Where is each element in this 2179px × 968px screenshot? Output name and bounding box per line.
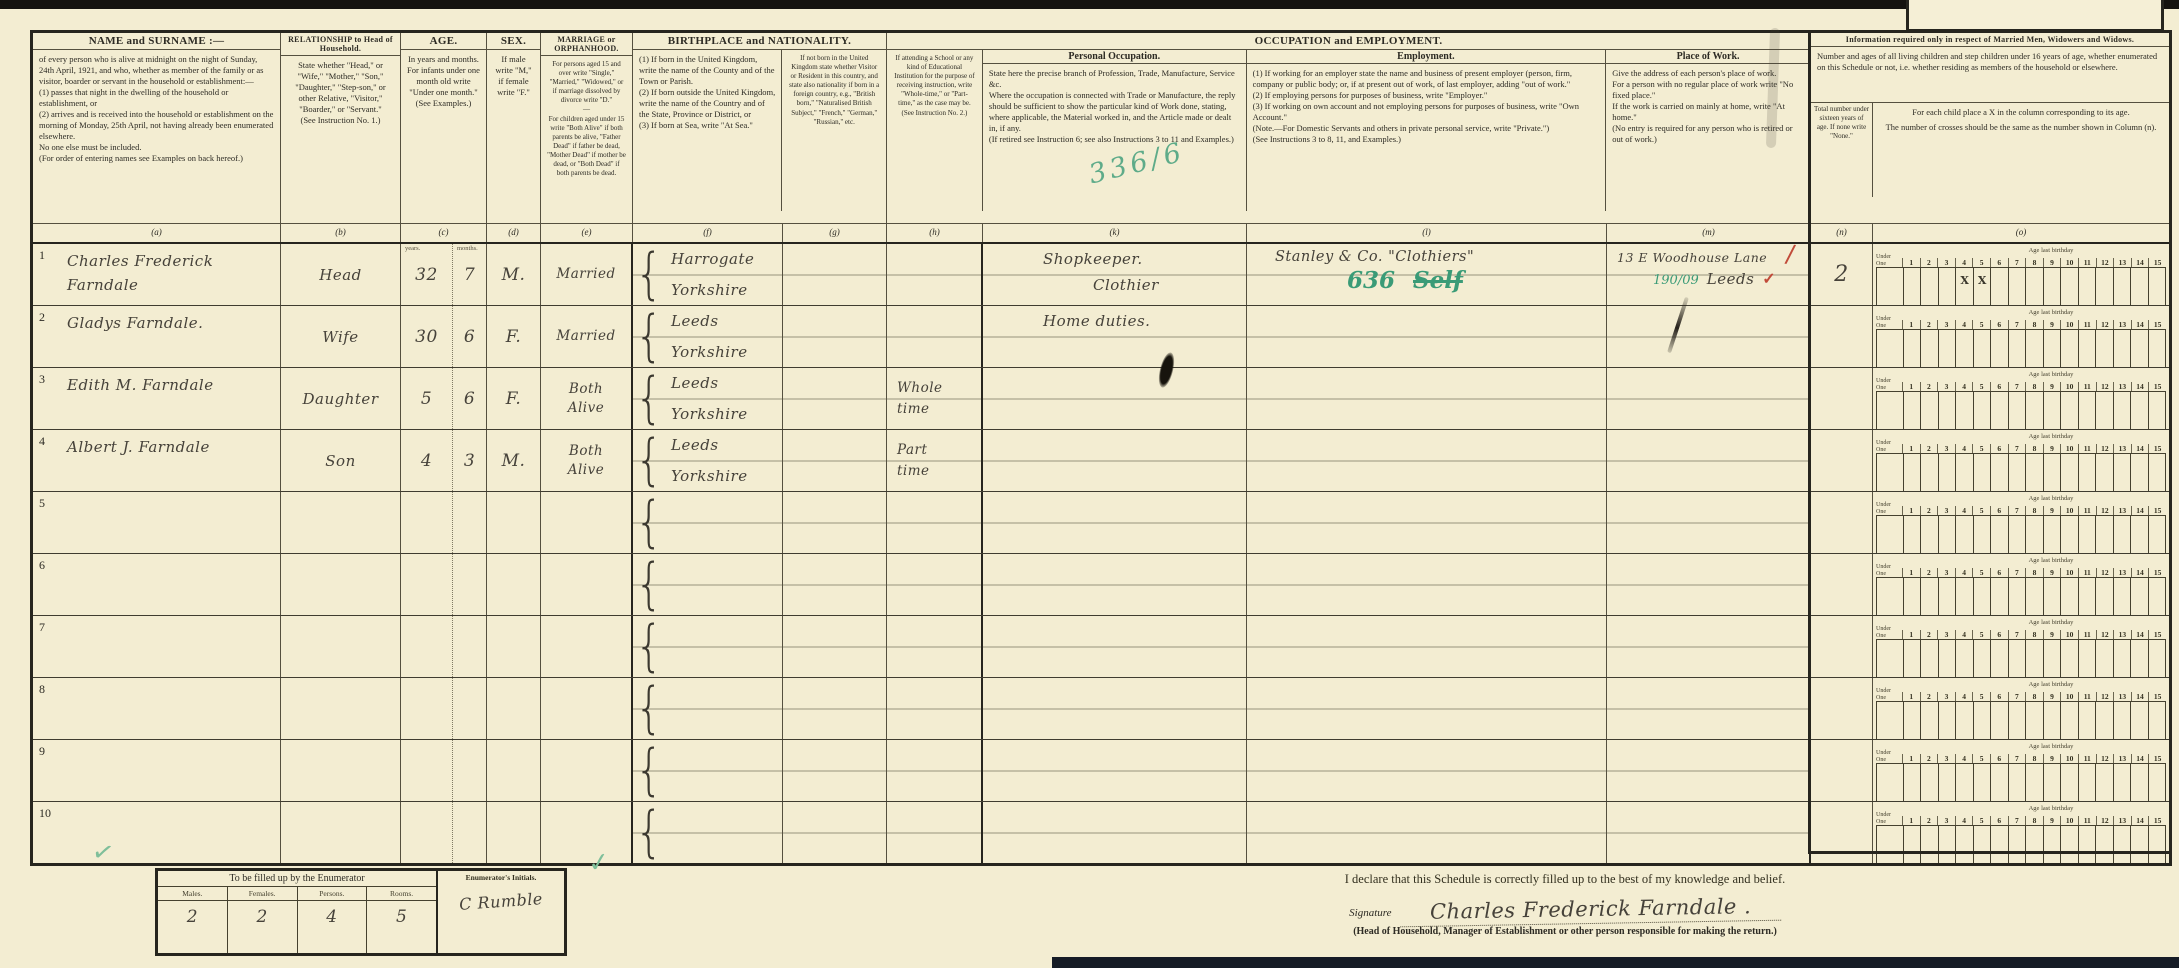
page-bottom-band [1052, 957, 2179, 968]
row-number: 7 [33, 616, 59, 677]
marriage-cell [541, 554, 633, 615]
birthplace-cell: { Harrogate Yorkshire [633, 244, 783, 305]
employment-cell [1247, 430, 1607, 491]
table-row: 4 Albert J. Farndale Son 4 3 M. Both Ali… [33, 430, 2169, 492]
sex-value: M. [502, 451, 526, 471]
row-number: 9 [33, 740, 59, 801]
education-desc: If attending a School or any kind of Edu… [887, 50, 983, 211]
marriage-cell [541, 616, 633, 677]
column-letter: (b) [281, 224, 401, 242]
name-cell: Edith M. Farndale [59, 368, 281, 429]
sex-title: SEX. [487, 33, 540, 50]
relationship-cell [281, 678, 401, 739]
col-birthplace-header: BIRTHPLACE and NATIONALITY. (1) If born … [633, 33, 887, 223]
relationship-cell: Wife [281, 306, 401, 367]
birthplace-uk-desc: (1) If born in the United Kingdom, write… [633, 50, 782, 211]
birthplace-cell: { Leeds Yorkshire [633, 430, 783, 491]
column-letter: (k) [983, 224, 1247, 242]
place-of-work-header: Place of Work. Give the address of each … [1606, 50, 1810, 211]
birthplace-cell: { [633, 740, 783, 801]
enumerator-col-males: Males. [158, 887, 228, 900]
age-grid-cell: Age last birthdayUnder One12345678910111… [1873, 306, 2169, 367]
age-years-cell: years.32 [401, 244, 453, 305]
col-age-header: AGE. In years and months. For infants un… [401, 33, 487, 223]
age-months-cell [453, 492, 487, 553]
education-value: Whole time [897, 378, 943, 419]
employment-cell [1247, 306, 1607, 367]
marriage-value: Married [556, 327, 615, 346]
nationality-cell [783, 244, 887, 305]
name-cell [59, 492, 281, 553]
nationality-cell [783, 306, 887, 367]
marriage-cell: Both Alive [541, 430, 633, 491]
age-grid: Age last birthdayUnder One12345678910111… [1873, 678, 2169, 739]
enumerator-headers: Males. Females. Persons. Rooms. [158, 887, 436, 901]
work-red-check: ✓ [1762, 269, 1775, 289]
green-check-right: ✓ [586, 847, 612, 880]
row-number: 5 [33, 492, 59, 553]
employment-value: Stanley & Co. "Clothiers" [1247, 244, 1606, 265]
nationality-cell [783, 740, 887, 801]
age-years-cell: 30 [401, 306, 453, 367]
birthplace-line2: Yorkshire [671, 467, 748, 485]
occupation-cell [983, 616, 1247, 677]
education-cell [887, 244, 983, 305]
occupation-line2 [983, 330, 1246, 338]
age-years-value: 32 [415, 265, 438, 285]
occupation-line2 [983, 622, 1246, 630]
employment-cell [1247, 616, 1607, 677]
column-letter: (n) [1811, 224, 1873, 242]
relationship-desc: State whether "Head," or "Wife," "Mother… [281, 56, 400, 130]
name-value: Charles Frederick Farndale [59, 244, 280, 297]
age-years-cell [401, 554, 453, 615]
birthplace-line1: Leeds [671, 312, 748, 330]
occupation-cell: Home duties. [983, 306, 1247, 367]
enumerator-initials-value: C Rumble [437, 888, 564, 916]
birthplace-cell: { [633, 492, 783, 553]
col-children-header: Information required only in respect of … [1811, 33, 2169, 223]
total-children-cell [1811, 740, 1873, 801]
education-cell [887, 492, 983, 553]
place-of-work-cell [1607, 306, 1811, 367]
occupation-line2 [983, 498, 1246, 506]
birthplace-cell: { [633, 554, 783, 615]
total-children-cell [1811, 430, 1873, 491]
employment-cell [1247, 802, 1607, 863]
place-of-work-cell [1607, 616, 1811, 677]
col-occupation-employment-header: OCCUPATION and EMPLOYMENT. If attending … [887, 33, 1811, 223]
column-letter: (g) [783, 224, 887, 242]
age-years-value: 4 [421, 451, 432, 471]
age-years-value: 5 [421, 389, 432, 409]
col-sex-header: SEX. If male write "M," if female write … [487, 33, 541, 223]
children-title: Information required only in respect of … [1811, 33, 2169, 47]
relationship-cell: Head [281, 244, 401, 305]
reference-box [1906, 0, 2164, 32]
total-children-cell: 2 [1811, 244, 1873, 305]
occupation-line2: Clothier [983, 268, 1246, 294]
table-row: 7 { [33, 616, 2169, 678]
place-of-work-cell [1607, 740, 1811, 801]
relationship-title: RELATIONSHIP to Head of Household. [281, 33, 400, 56]
declaration-text: I declare that this Schedule is correctl… [1150, 872, 1980, 887]
place-of-work-cell [1607, 678, 1811, 739]
sex-cell [487, 678, 541, 739]
personal-occupation-header: Personal Occupation. State here the prec… [983, 50, 1247, 211]
birthplace-line2: Yorkshire [671, 281, 754, 299]
age-years-cell: 5 [401, 368, 453, 429]
birthplace-cell: { Leeds Yorkshire [633, 368, 783, 429]
age-years-cell [401, 492, 453, 553]
age-grid-cell: Age last birthdayUnder One12345678910111… [1873, 802, 2169, 863]
age-months-cell [453, 616, 487, 677]
work-green-number: 190/09 [1653, 273, 1699, 288]
education-cell [887, 306, 983, 367]
relationship-cell [281, 554, 401, 615]
age-months-cell [453, 678, 487, 739]
age-months-cell [453, 802, 487, 863]
place-of-work-cell [1607, 492, 1811, 553]
page-top-bar [0, 0, 2179, 9]
females-value: 2 [228, 901, 298, 953]
name-cell: Charles Frederick Farndale [59, 244, 281, 305]
education-cell [887, 554, 983, 615]
marriage-cell: Both Alive [541, 368, 633, 429]
relationship-cell [281, 740, 401, 801]
nationality-cell [783, 492, 887, 553]
education-cell [887, 616, 983, 677]
age-grid: Age last birthdayUnder One12345678910111… [1873, 492, 2169, 553]
column-letter: (d) [487, 224, 541, 242]
table-body: 1 Charles Frederick Farndale Head years.… [33, 244, 2169, 863]
age-years-cell [401, 678, 453, 739]
age-months-value: 6 [464, 327, 475, 347]
total-children-cell [1811, 554, 1873, 615]
column-letter: (e) [541, 224, 633, 242]
employment-cell [1247, 554, 1607, 615]
age-grid: Age last birthdayUnder One12345678910111… [1873, 740, 2169, 801]
enumerator-col-rooms: Rooms. [367, 887, 436, 900]
occupation-cell [983, 554, 1247, 615]
total-under-sixteen-desc: Total number under sixteen years of age.… [1811, 103, 1873, 197]
occupation-cell [983, 430, 1247, 491]
birthplace-line2: Yorkshire [671, 343, 748, 361]
nationality-desc: If not born in the United Kingdom state … [782, 50, 886, 211]
relationship-cell: Daughter [281, 368, 401, 429]
row-number: 1 [33, 244, 59, 305]
sex-cell [487, 616, 541, 677]
birthplace-line1: Leeds [671, 436, 748, 454]
age-grid-cell: Age last birthdayUnder One12345678910111… [1873, 616, 2169, 677]
age-grid: Age last birthdayUnder One12345678910111… [1873, 244, 2169, 305]
age-grid-cell: Age last birthdayUnder One12345678910111… [1873, 492, 2169, 553]
name-value [59, 802, 280, 807]
sex-cell [487, 492, 541, 553]
col-relationship-header: RELATIONSHIP to Head of Household. State… [281, 33, 401, 223]
birthplace-line1: Leeds [671, 374, 748, 392]
age-grid: Age last birthdayUnder One12345678910111… [1873, 306, 2169, 367]
table-row: 1 Charles Frederick Farndale Head years.… [33, 244, 2169, 306]
nationality-cell [783, 430, 887, 491]
sex-value: F. [506, 389, 522, 409]
occupation-cell [983, 802, 1247, 863]
relationship-cell: Son [281, 430, 401, 491]
birthplace-title: BIRTHPLACE and NATIONALITY. [633, 33, 886, 50]
row-number: 4 [33, 430, 59, 491]
age-years-cell [401, 740, 453, 801]
age-grid-cell: Age last birthdayUnder One12345678910111… [1873, 368, 2169, 429]
total-children-cell [1811, 306, 1873, 367]
place-of-work-cell [1607, 368, 1811, 429]
age-months-value: 3 [464, 451, 475, 471]
occupation-cell [983, 678, 1247, 739]
occupation-employment-title: OCCUPATION and EMPLOYMENT. [887, 33, 1810, 50]
occupation-line2 [983, 684, 1246, 692]
work-address-line2: Leeds [1707, 270, 1755, 288]
place-of-work-cell [1607, 430, 1811, 491]
name-value [59, 678, 280, 683]
age-grid: Age last birthdayUnder One12345678910111… [1873, 616, 2169, 677]
table-row: 9 { [33, 740, 2169, 802]
marriage-cell: Married [541, 306, 633, 367]
age-desc: In years and months. For infants under o… [401, 50, 486, 113]
column-letter: (m) [1607, 224, 1811, 242]
sex-value: M. [502, 265, 526, 285]
name-value [59, 492, 280, 497]
enumerator-col-persons: Persons. [298, 887, 368, 900]
place-of-work-cell [1607, 802, 1811, 863]
declaration-section: I declare that this Schedule is correctl… [1150, 872, 1980, 937]
total-children-cell [1811, 368, 1873, 429]
nationality-cell [783, 554, 887, 615]
age-years-cell [401, 802, 453, 863]
education-value: Part time [897, 440, 930, 481]
declaration-subtext: (Head of Household, Manager of Establish… [1150, 926, 1980, 937]
education-cell: Whole time [887, 368, 983, 429]
occupation-line2 [983, 560, 1246, 568]
employment-struck-word: Self [1413, 267, 1463, 294]
occupation-line1: Home duties. [983, 306, 1246, 330]
education-cell [887, 802, 983, 863]
sex-cell: F. [487, 306, 541, 367]
birthplace-cell: { [633, 678, 783, 739]
employment-header: Employment. (1) If working for an employ… [1247, 50, 1607, 211]
relationship-value: Wife [322, 328, 358, 346]
occupation-line2 [983, 746, 1246, 754]
work-address-line1: 13 E Woodhouse Lane [1607, 244, 1809, 265]
table-row: 3 Edith M. Farndale Daughter 5 6 F. Both… [33, 368, 2169, 430]
age-months-cell: 6 [453, 368, 487, 429]
age-grid-cell: Age last birthdayUnder One12345678910111… [1873, 430, 2169, 491]
age-grid: Age last birthdayUnder One12345678910111… [1873, 430, 2169, 491]
employment-green-number: 636 [1347, 267, 1395, 294]
column-letter: (c) [401, 224, 487, 242]
employment-cell: Stanley & Co. "Clothiers" 636 Self [1247, 244, 1607, 305]
enumerator-title: To be filled up by the Enumerator [158, 871, 436, 887]
employment-cell [1247, 368, 1607, 429]
marriage-title: MARRIAGE or ORPHANHOOD. [541, 33, 632, 56]
name-cell [59, 678, 281, 739]
sex-cell [487, 740, 541, 801]
table-row: 10 { [33, 802, 2169, 863]
column-letter: (h) [887, 224, 983, 242]
name-desc: of every person who is alive at midnight… [33, 50, 280, 168]
place-of-work-cell: 13 E Woodhouse Lane 190/09 Leeds ✓ [1607, 244, 1811, 305]
age-years-cell [401, 616, 453, 677]
col-marriage-header: MARRIAGE or ORPHANHOOD. For persons aged… [541, 33, 633, 223]
age-grid-cell: Age last birthdayUnder One12345678910111… [1873, 244, 2169, 305]
table-row: 8 { [33, 678, 2169, 740]
nationality-cell [783, 368, 887, 429]
birthplace-line1: Harrogate [671, 250, 754, 268]
sex-cell [487, 554, 541, 615]
sex-desc: If male write "M," if female write "F." [487, 50, 540, 102]
occupation-line2 [983, 436, 1246, 444]
enumerator-col-females: Females. [228, 887, 298, 900]
place-of-work-cell [1607, 554, 1811, 615]
total-children-cell [1811, 678, 1873, 739]
relationship-cell [281, 802, 401, 863]
persons-value: 4 [298, 901, 368, 953]
occupation-cell [983, 492, 1247, 553]
education-cell: Part time [887, 430, 983, 491]
name-cell [59, 740, 281, 801]
age-years-cell: 4 [401, 430, 453, 491]
occupation-cell [983, 740, 1247, 801]
occupation-cell [983, 368, 1247, 429]
marriage-cell [541, 678, 633, 739]
signature-value: Charles Frederick Farndale . [1399, 894, 1781, 928]
occupation-line1: Shopkeeper. [983, 244, 1246, 268]
col-name-header: NAME and SURNAME :— of every person who … [33, 33, 281, 223]
column-letter: (o) [1873, 224, 2169, 242]
total-children-cell [1811, 802, 1873, 863]
name-value: Gladys Farndale. [59, 306, 280, 335]
name-value: Albert J. Farndale [59, 430, 280, 459]
column-letter: (l) [1247, 224, 1607, 242]
birthplace-cell: { [633, 616, 783, 677]
row-number: 10 [33, 802, 59, 863]
marriage-cell [541, 492, 633, 553]
table-header: NAME and SURNAME :— of every person who … [33, 33, 2169, 223]
age-grid: Age last birthdayUnder One12345678910111… [1873, 554, 2169, 615]
employment-cell [1247, 678, 1607, 739]
enumerator-initials-label: Enumerator's Initials. [438, 871, 564, 882]
total-children-cell [1811, 492, 1873, 553]
name-cell: Albert J. Farndale [59, 430, 281, 491]
marriage-cell [541, 740, 633, 801]
relationship-value: Daughter [303, 390, 379, 408]
age-months-cell [453, 740, 487, 801]
rooms-value: 5 [367, 901, 436, 953]
age-title: AGE. [401, 33, 486, 50]
table-row: 6 { [33, 554, 2169, 616]
column-letter: (a) [33, 224, 281, 242]
signature-label: Signature [1349, 907, 1391, 919]
age-grid: Age last birthdayUnder One12345678910111… [1873, 368, 2169, 429]
relationship-value: Son [325, 452, 355, 470]
sex-cell: M. [487, 430, 541, 491]
relationship-value: Head [319, 266, 362, 284]
total-children-cell [1811, 616, 1873, 677]
name-cell: Gladys Farndale. [59, 306, 281, 367]
name-value [59, 554, 280, 559]
marriage-value: Both Alive [568, 380, 605, 418]
column-letter: (f) [633, 224, 783, 242]
marriage-value: Both Alive [568, 442, 605, 480]
nationality-cell [783, 802, 887, 863]
sex-value: F. [506, 327, 522, 347]
education-cell [887, 678, 983, 739]
marriage-desc: For persons aged 15 and over write "Sing… [541, 56, 632, 182]
total-children-value: 2 [1834, 262, 1849, 287]
age-grid-cell: Age last birthdayUnder One12345678910111… [1873, 678, 2169, 739]
age-months-value: 7 [464, 265, 475, 285]
nationality-cell [783, 678, 887, 739]
sex-cell: M. [487, 244, 541, 305]
employment-cell [1247, 492, 1607, 553]
name-cell [59, 616, 281, 677]
age-months-cell: months.7 [453, 244, 487, 305]
marriage-cell: Married [541, 244, 633, 305]
age-months-cell: 6 [453, 306, 487, 367]
row-number: 8 [33, 678, 59, 739]
relationship-cell [281, 492, 401, 553]
age-grid: Age last birthdayUnder One12345678910111… [1873, 802, 2169, 863]
age-grid-cell: Age last birthdayUnder One12345678910111… [1873, 554, 2169, 615]
name-title: NAME and SURNAME :— [33, 33, 280, 50]
table-row: 2 Gladys Farndale. Wife 30 6 F. Married … [33, 306, 2169, 368]
birthplace-cell: { Leeds Yorkshire [633, 306, 783, 367]
age-months-value: 6 [464, 389, 475, 409]
sex-cell: F. [487, 368, 541, 429]
age-months-cell: 3 [453, 430, 487, 491]
marriage-value: Married [556, 265, 615, 284]
name-value [59, 740, 280, 745]
age-grid-cell: Age last birthdayUnder One12345678910111… [1873, 740, 2169, 801]
column-letters-row: (a) (b) (c) (d) (e) (f) (g) (h) (k) (l) … [33, 223, 2169, 244]
employment-cell [1247, 740, 1607, 801]
name-value: Edith M. Farndale [59, 368, 280, 397]
sex-cell [487, 802, 541, 863]
occupation-cell: Shopkeeper. Clothier [983, 244, 1247, 305]
row-number: 3 [33, 368, 59, 429]
enumerator-box: To be filled up by the Enumerator Males.… [155, 868, 567, 956]
row-number: 6 [33, 554, 59, 615]
nationality-cell [783, 616, 887, 677]
age-months-cell [453, 554, 487, 615]
age-years-value: 30 [415, 327, 438, 347]
enumerator-values: 2 2 4 5 [158, 901, 436, 953]
males-value: 2 [158, 901, 228, 953]
relationship-cell [281, 616, 401, 677]
birthplace-line2: Yorkshire [671, 405, 748, 423]
name-value [59, 616, 280, 621]
education-cell [887, 740, 983, 801]
name-cell [59, 554, 281, 615]
occupation-line2 [983, 808, 1246, 816]
crosses-desc: For each child place a X in the column c… [1873, 103, 2169, 197]
birthplace-cell: { [633, 802, 783, 863]
children-desc: Number and ages of all living children a… [1811, 47, 2169, 103]
occupation-line2 [983, 374, 1246, 382]
row-number: 2 [33, 306, 59, 367]
table-row: 5 { [33, 492, 2169, 554]
